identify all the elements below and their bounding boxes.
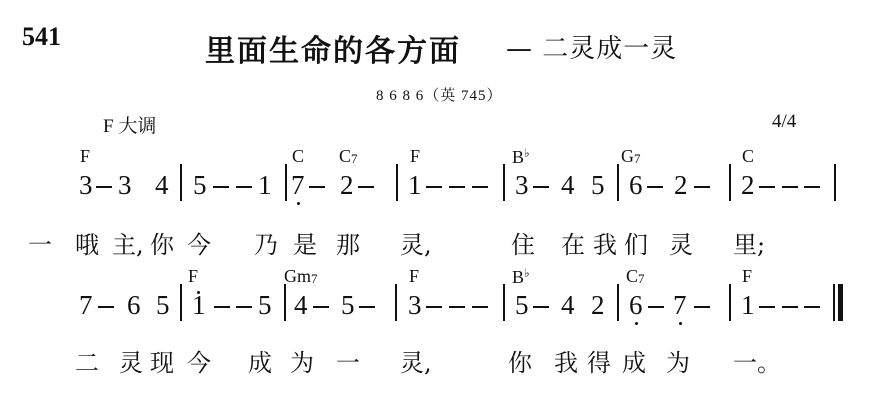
low-octave-dot	[679, 322, 682, 325]
note-number: 5	[156, 292, 170, 319]
note-number: 1	[258, 172, 272, 199]
chord-symbol: F	[410, 146, 420, 167]
duration-dash	[449, 306, 465, 308]
duration-dash	[313, 306, 329, 308]
lyric-word: 灵	[669, 225, 693, 260]
duration-dash	[647, 186, 663, 188]
lyric-word: 是	[293, 225, 317, 260]
barline	[395, 284, 397, 321]
lyric-word: 住	[511, 225, 535, 260]
barline	[180, 164, 182, 201]
note-number: 5	[591, 172, 605, 199]
lyric-word: 主,	[112, 225, 144, 260]
barline	[729, 164, 731, 201]
duration-dash	[759, 306, 775, 308]
duration-dash	[782, 186, 798, 188]
barline	[503, 164, 505, 201]
note-number: 7	[79, 292, 93, 319]
lyric-word: 成	[248, 343, 272, 378]
duration-dash	[804, 306, 820, 308]
duration-dash	[359, 306, 375, 308]
duration-dash	[449, 186, 465, 188]
barline	[180, 284, 182, 321]
hymn-subtitle: — 二灵成一灵	[506, 28, 677, 65]
lyric-word: 现	[150, 343, 174, 378]
lyric-word: 哦	[75, 225, 99, 260]
note-number: 1	[408, 172, 422, 199]
duration-dash	[472, 306, 488, 308]
note-number: 5	[515, 292, 529, 319]
duration-dash	[96, 186, 112, 188]
duration-dash	[98, 306, 114, 308]
duration-dash	[472, 186, 488, 188]
lyric-word: 成	[622, 343, 646, 378]
chord-symbol: C	[742, 146, 754, 167]
lyric-word: 你	[508, 343, 532, 378]
lyric-word: 你	[150, 225, 174, 260]
low-octave-dot	[297, 202, 300, 205]
duration-dash	[358, 186, 374, 188]
chord-symbol: F	[409, 266, 419, 287]
lyric-word: 为	[290, 343, 314, 378]
duration-dash	[694, 306, 710, 308]
hymn-number: 541	[22, 22, 61, 52]
note-number: 5	[341, 292, 355, 319]
chord-symbol: C7	[626, 266, 645, 287]
final-barline-thin	[833, 284, 835, 321]
lyric-word: 二	[75, 343, 99, 378]
barline	[284, 284, 286, 321]
duration-dash	[426, 186, 442, 188]
duration-dash	[782, 306, 798, 308]
lyric-word: 乃	[254, 225, 278, 260]
note-number: 1	[192, 292, 206, 319]
lyric-word: 为	[666, 343, 690, 378]
note-number: 3	[79, 172, 93, 199]
barline	[503, 284, 505, 321]
note-number: 3	[515, 172, 529, 199]
barline	[729, 284, 731, 321]
key-signature: F 大调	[103, 111, 156, 138]
note-number: 2	[741, 172, 755, 199]
duration-dash	[236, 306, 252, 308]
note-number: 2	[591, 292, 605, 319]
duration-dash	[426, 306, 442, 308]
duration-dash	[533, 186, 549, 188]
barline	[396, 164, 398, 201]
hymn-title: 里面生命的各方面	[205, 26, 461, 70]
lyric-word: 一	[336, 343, 360, 378]
lyric-word: 今	[187, 225, 211, 260]
lyric-word: 灵,	[400, 225, 432, 260]
lyric-word: 我	[554, 343, 578, 378]
note-number: 1	[741, 292, 755, 319]
duration-dash	[309, 186, 325, 188]
duration-dash	[214, 306, 230, 308]
note-number: 7	[673, 292, 687, 319]
note-number: 6	[629, 292, 643, 319]
chord-symbol: Gm7	[284, 266, 318, 287]
chord-symbol: B♭	[512, 266, 530, 288]
note-number: 3	[408, 292, 422, 319]
barline	[285, 164, 287, 201]
note-number: 6	[629, 172, 643, 199]
duration-dash	[804, 186, 820, 188]
meter-info: 8 6 8 6（英 745）	[376, 84, 503, 105]
lyric-word: 得	[587, 343, 611, 378]
final-barline-thick	[838, 284, 843, 321]
chord-symbol: F	[80, 146, 90, 167]
lyric-word: 里;	[733, 225, 765, 260]
chord-symbol: G7	[621, 146, 641, 167]
chord-symbol: C	[292, 146, 304, 167]
lyric-word: 在	[561, 225, 585, 260]
note-number: 2	[674, 172, 688, 199]
time-signature: 4/4	[772, 111, 796, 133]
lyric-word: 今	[187, 343, 211, 378]
duration-dash	[759, 186, 775, 188]
note-number: 2	[340, 172, 354, 199]
chord-symbol: B♭	[512, 146, 530, 168]
duration-dash	[236, 186, 252, 188]
note-number: 3	[118, 172, 132, 199]
low-octave-dot	[635, 322, 638, 325]
high-octave-dot	[197, 291, 200, 294]
lyric-word: 一。	[733, 343, 781, 378]
barline	[617, 284, 619, 321]
chord-symbol: F	[742, 266, 752, 287]
duration-dash	[533, 306, 549, 308]
note-number: 5	[258, 292, 272, 319]
note-number: 4	[561, 292, 575, 319]
lyric-word: 我	[593, 225, 617, 260]
note-number: 4	[294, 292, 308, 319]
duration-dash	[648, 306, 664, 308]
note-number: 5	[193, 172, 207, 199]
note-number: 6	[127, 292, 141, 319]
lyric-word: 灵	[119, 343, 143, 378]
barline	[617, 164, 619, 201]
lyric-word: 那	[336, 225, 360, 260]
lyric-word: 一	[28, 225, 52, 260]
note-number: 4	[561, 172, 575, 199]
note-number: 4	[155, 172, 169, 199]
lyric-word: 灵,	[400, 343, 432, 378]
duration-dash	[694, 186, 710, 188]
barline	[834, 164, 836, 201]
note-number: 7	[291, 172, 305, 199]
chord-symbol: C7	[339, 146, 358, 167]
duration-dash	[213, 186, 229, 188]
chord-symbol: F	[188, 266, 198, 287]
lyric-word: 们	[624, 225, 648, 260]
